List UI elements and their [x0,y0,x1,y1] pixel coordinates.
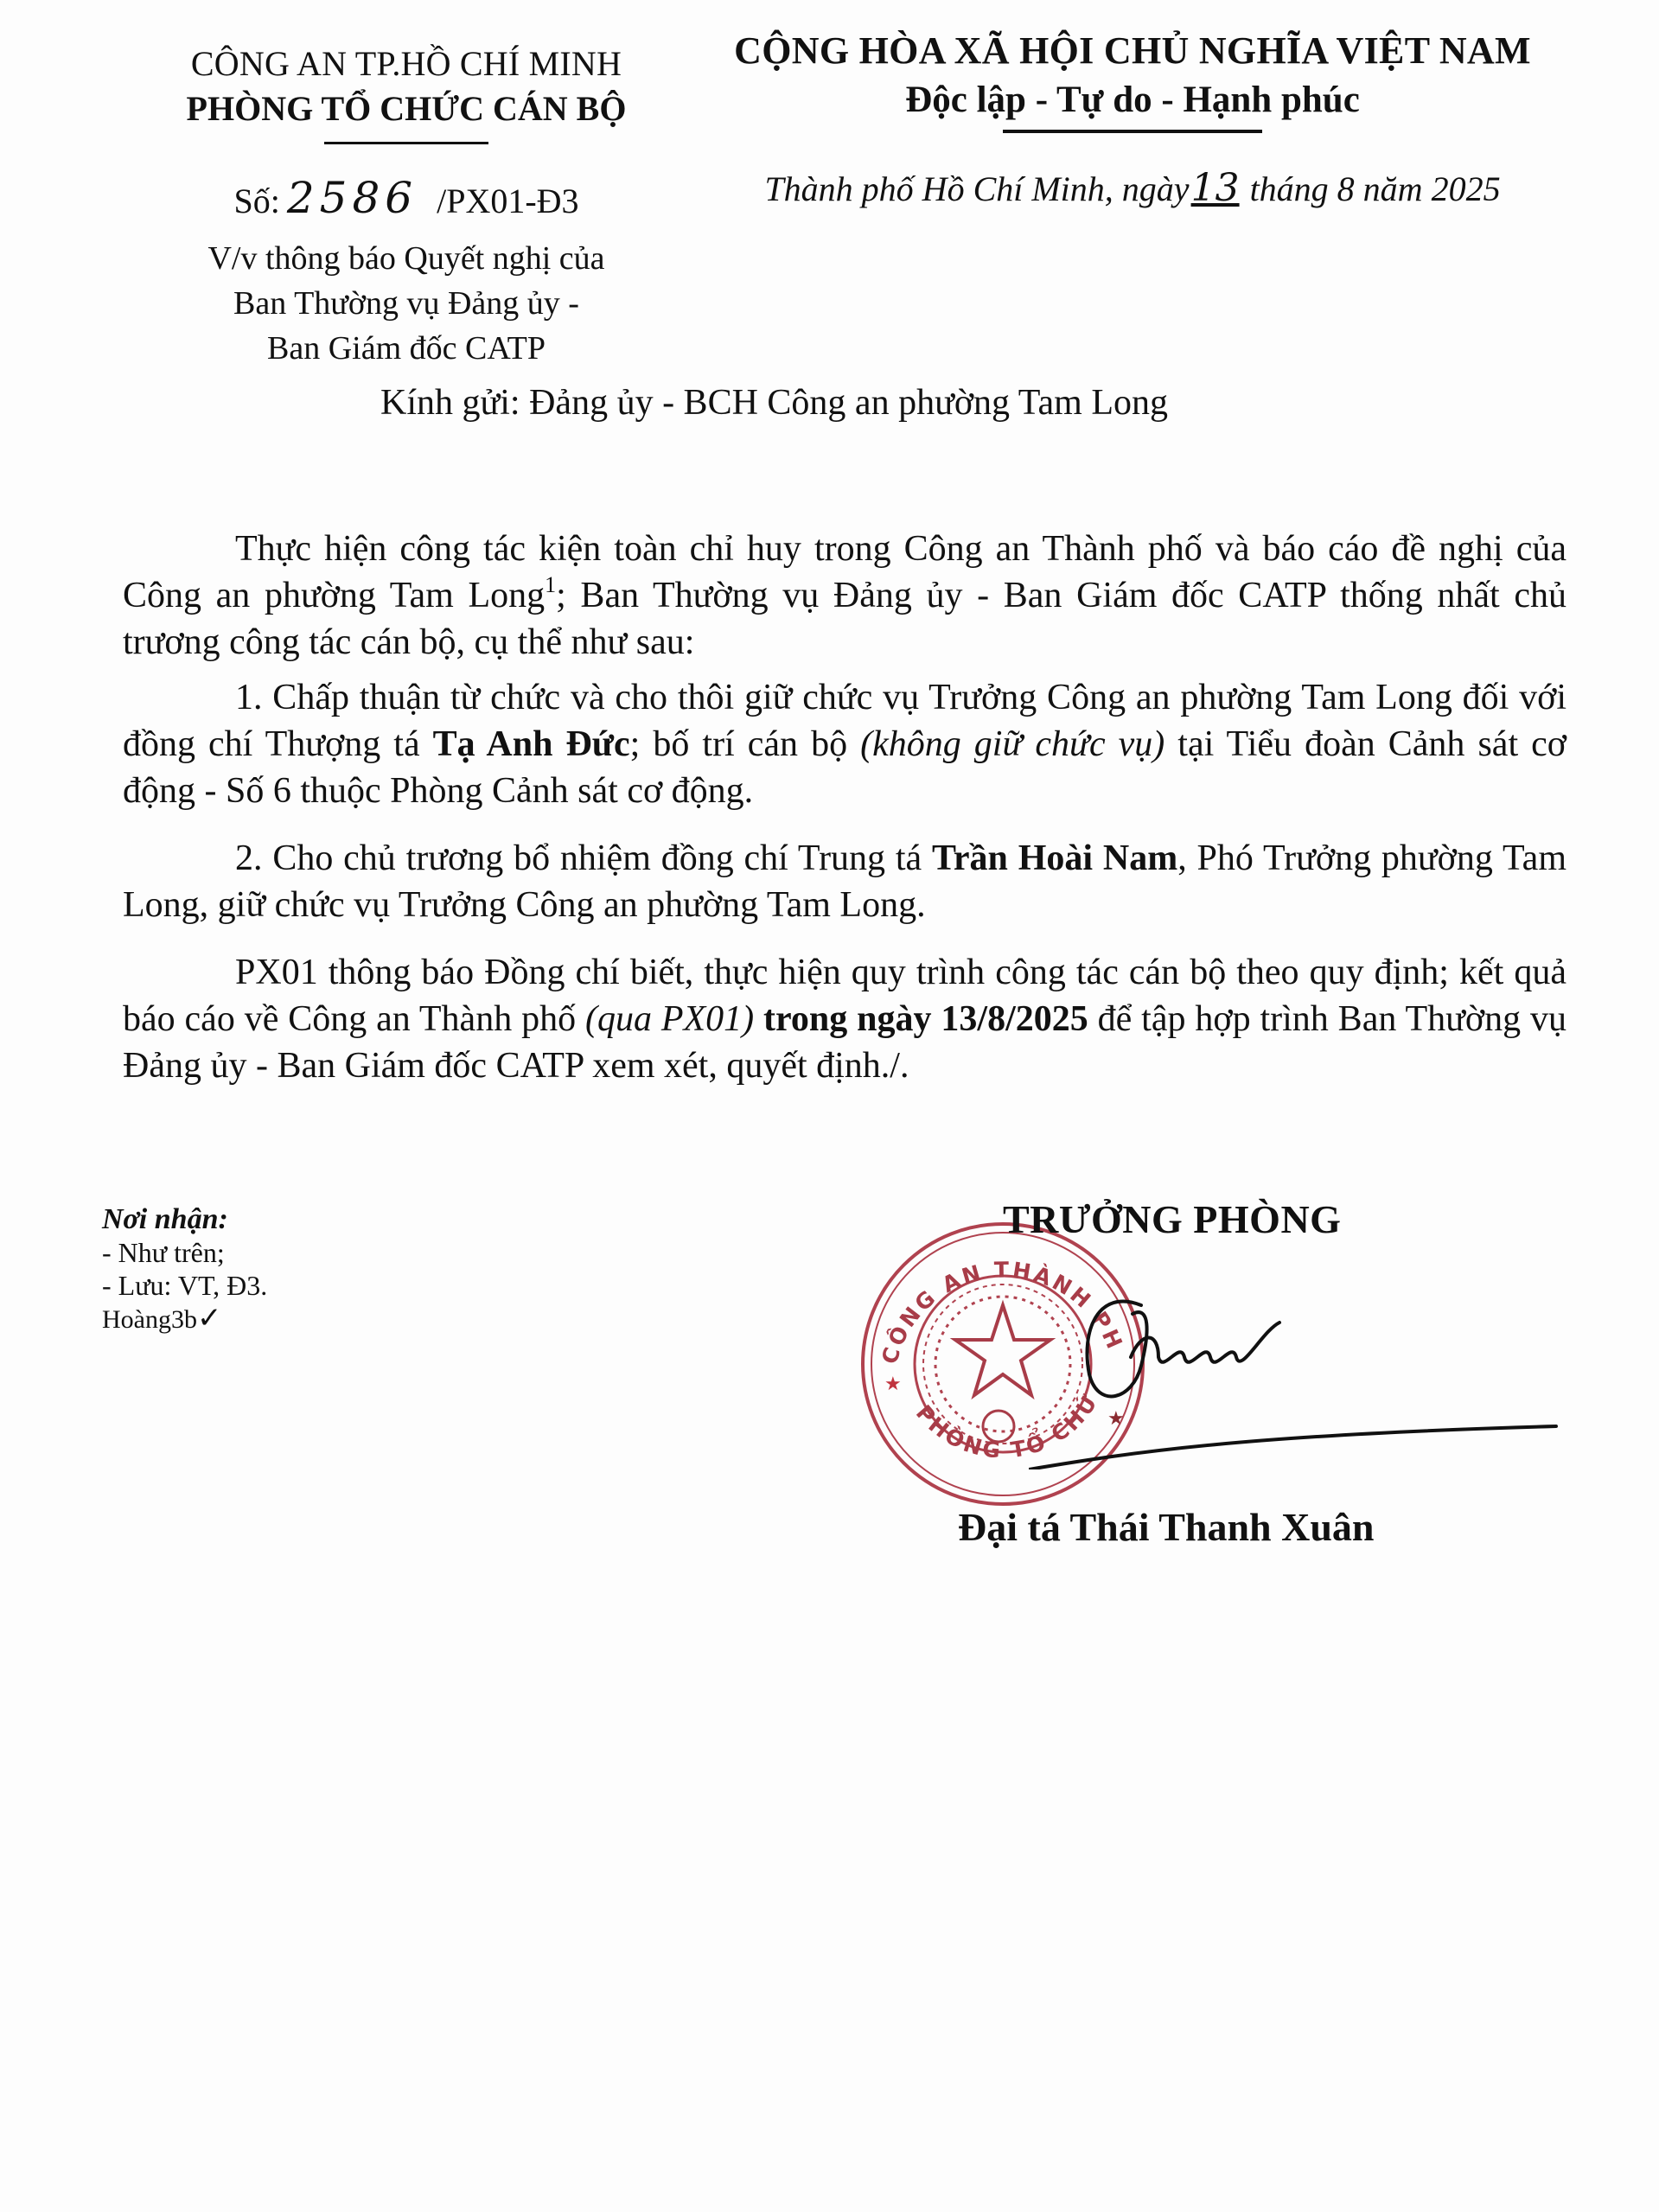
document-page: CÔNG AN TP.HỒ CHÍ MINH PHÒNG TỔ CHỨC CÁN… [0,0,1659,2212]
department-name: PHÒNG TỔ CHỨC CÁN BỘ [130,86,683,131]
item-2-text: 2. Cho chủ trương bổ nhiệm đồng chí Trun… [235,838,932,878]
signer-name: Đại tá Thái Thanh Xuân [958,1504,1375,1550]
national-motto: Độc lập - Tự do - Hạnh phúc [692,76,1573,124]
intro-paragraph: Thực hiện công tác kiện toàn chỉ huy tro… [123,526,1566,666]
document-number: Số:2586/PX01-Đ3 [130,175,683,224]
item-1-note: (không giữ chức vụ) [860,724,1164,764]
header-left-divider [324,142,488,144]
document-body: Thực hiện công tác kiện toàn chỉ huy tro… [123,526,1566,1089]
subject-line: V/v thông báo Quyết nghị của [130,236,683,281]
footnote-marker: 1 [545,572,556,597]
item-2-paragraph: 2. Cho chủ trương bổ nhiệm đồng chí Trun… [123,835,1566,928]
drafter-name: Hoàng3b [102,1305,197,1334]
item-1-paragraph: 1. Chấp thuận từ chức và cho thôi giữ ch… [123,674,1566,814]
day-handwritten: 13 [1190,166,1241,210]
place-and-date: Thành phố Hồ Chí Minh, ngày13 tháng 8 nă… [692,166,1573,212]
closing-paragraph: PX01 thông báo Đồng chí biết, thực hiện … [123,949,1566,1089]
closing-note: (qua PX01) [585,999,754,1039]
national-header-block: CỘNG HÒA XÃ HỘI CHỦ NGHĨA VIỆT NAM Độc l… [692,26,1573,212]
date-suffix: tháng 8 năm 2025 [1250,169,1501,208]
doc-number-suffix: /PX01-Đ3 [437,182,578,220]
subject-line: Ban Giám đốc CATP [130,326,683,371]
doc-number-handwritten: 2586 [287,173,418,223]
check-mark-icon: ✓ [197,1301,222,1335]
agency-name: CÔNG AN TP.HỒ CHÍ MINH [130,41,683,86]
svg-text:★: ★ [884,1373,902,1394]
addressee: Kính gửi: Đảng ủy - BCH Công an phường T… [380,379,1168,427]
header-right-divider [1003,130,1262,133]
item-2-person: Trần Hoài Nam [932,838,1177,878]
drafter-initials: Hoàng3b✓ [102,1302,267,1336]
subject-line: Ban Thường vụ Đảng ủy - [130,281,683,326]
nation-title: CỘNG HÒA XÃ HỘI CHỦ NGHĨA VIỆT NAM [692,26,1573,76]
doc-number-label: Số: [233,182,279,220]
item-1-text-b: ; bố trí cán bộ [630,724,860,764]
handwritten-signature-icon [1029,1279,1565,1469]
document-subject: V/v thông báo Quyết nghị của Ban Thường … [130,236,683,371]
distribution-item: - Như trên; [102,1236,267,1269]
distribution-item: - Lưu: VT, Đ3. [102,1269,267,1302]
issuing-agency-block: CÔNG AN TP.HỒ CHÍ MINH PHÒNG TỔ CHỨC CÁN… [130,41,683,371]
distribution-list: Nơi nhận: - Như trên; - Lưu: VT, Đ3. Hoà… [102,1203,267,1336]
distribution-title: Nơi nhận: [102,1203,267,1236]
place-prefix: Thành phố Hồ Chí Minh, ngày [764,169,1189,208]
item-1-person: Tạ Anh Đức [433,724,630,764]
signer-position: TRƯỞNG PHÒNG [1003,1196,1341,1242]
closing-deadline: trong ngày 13/8/2025 [754,999,1088,1039]
